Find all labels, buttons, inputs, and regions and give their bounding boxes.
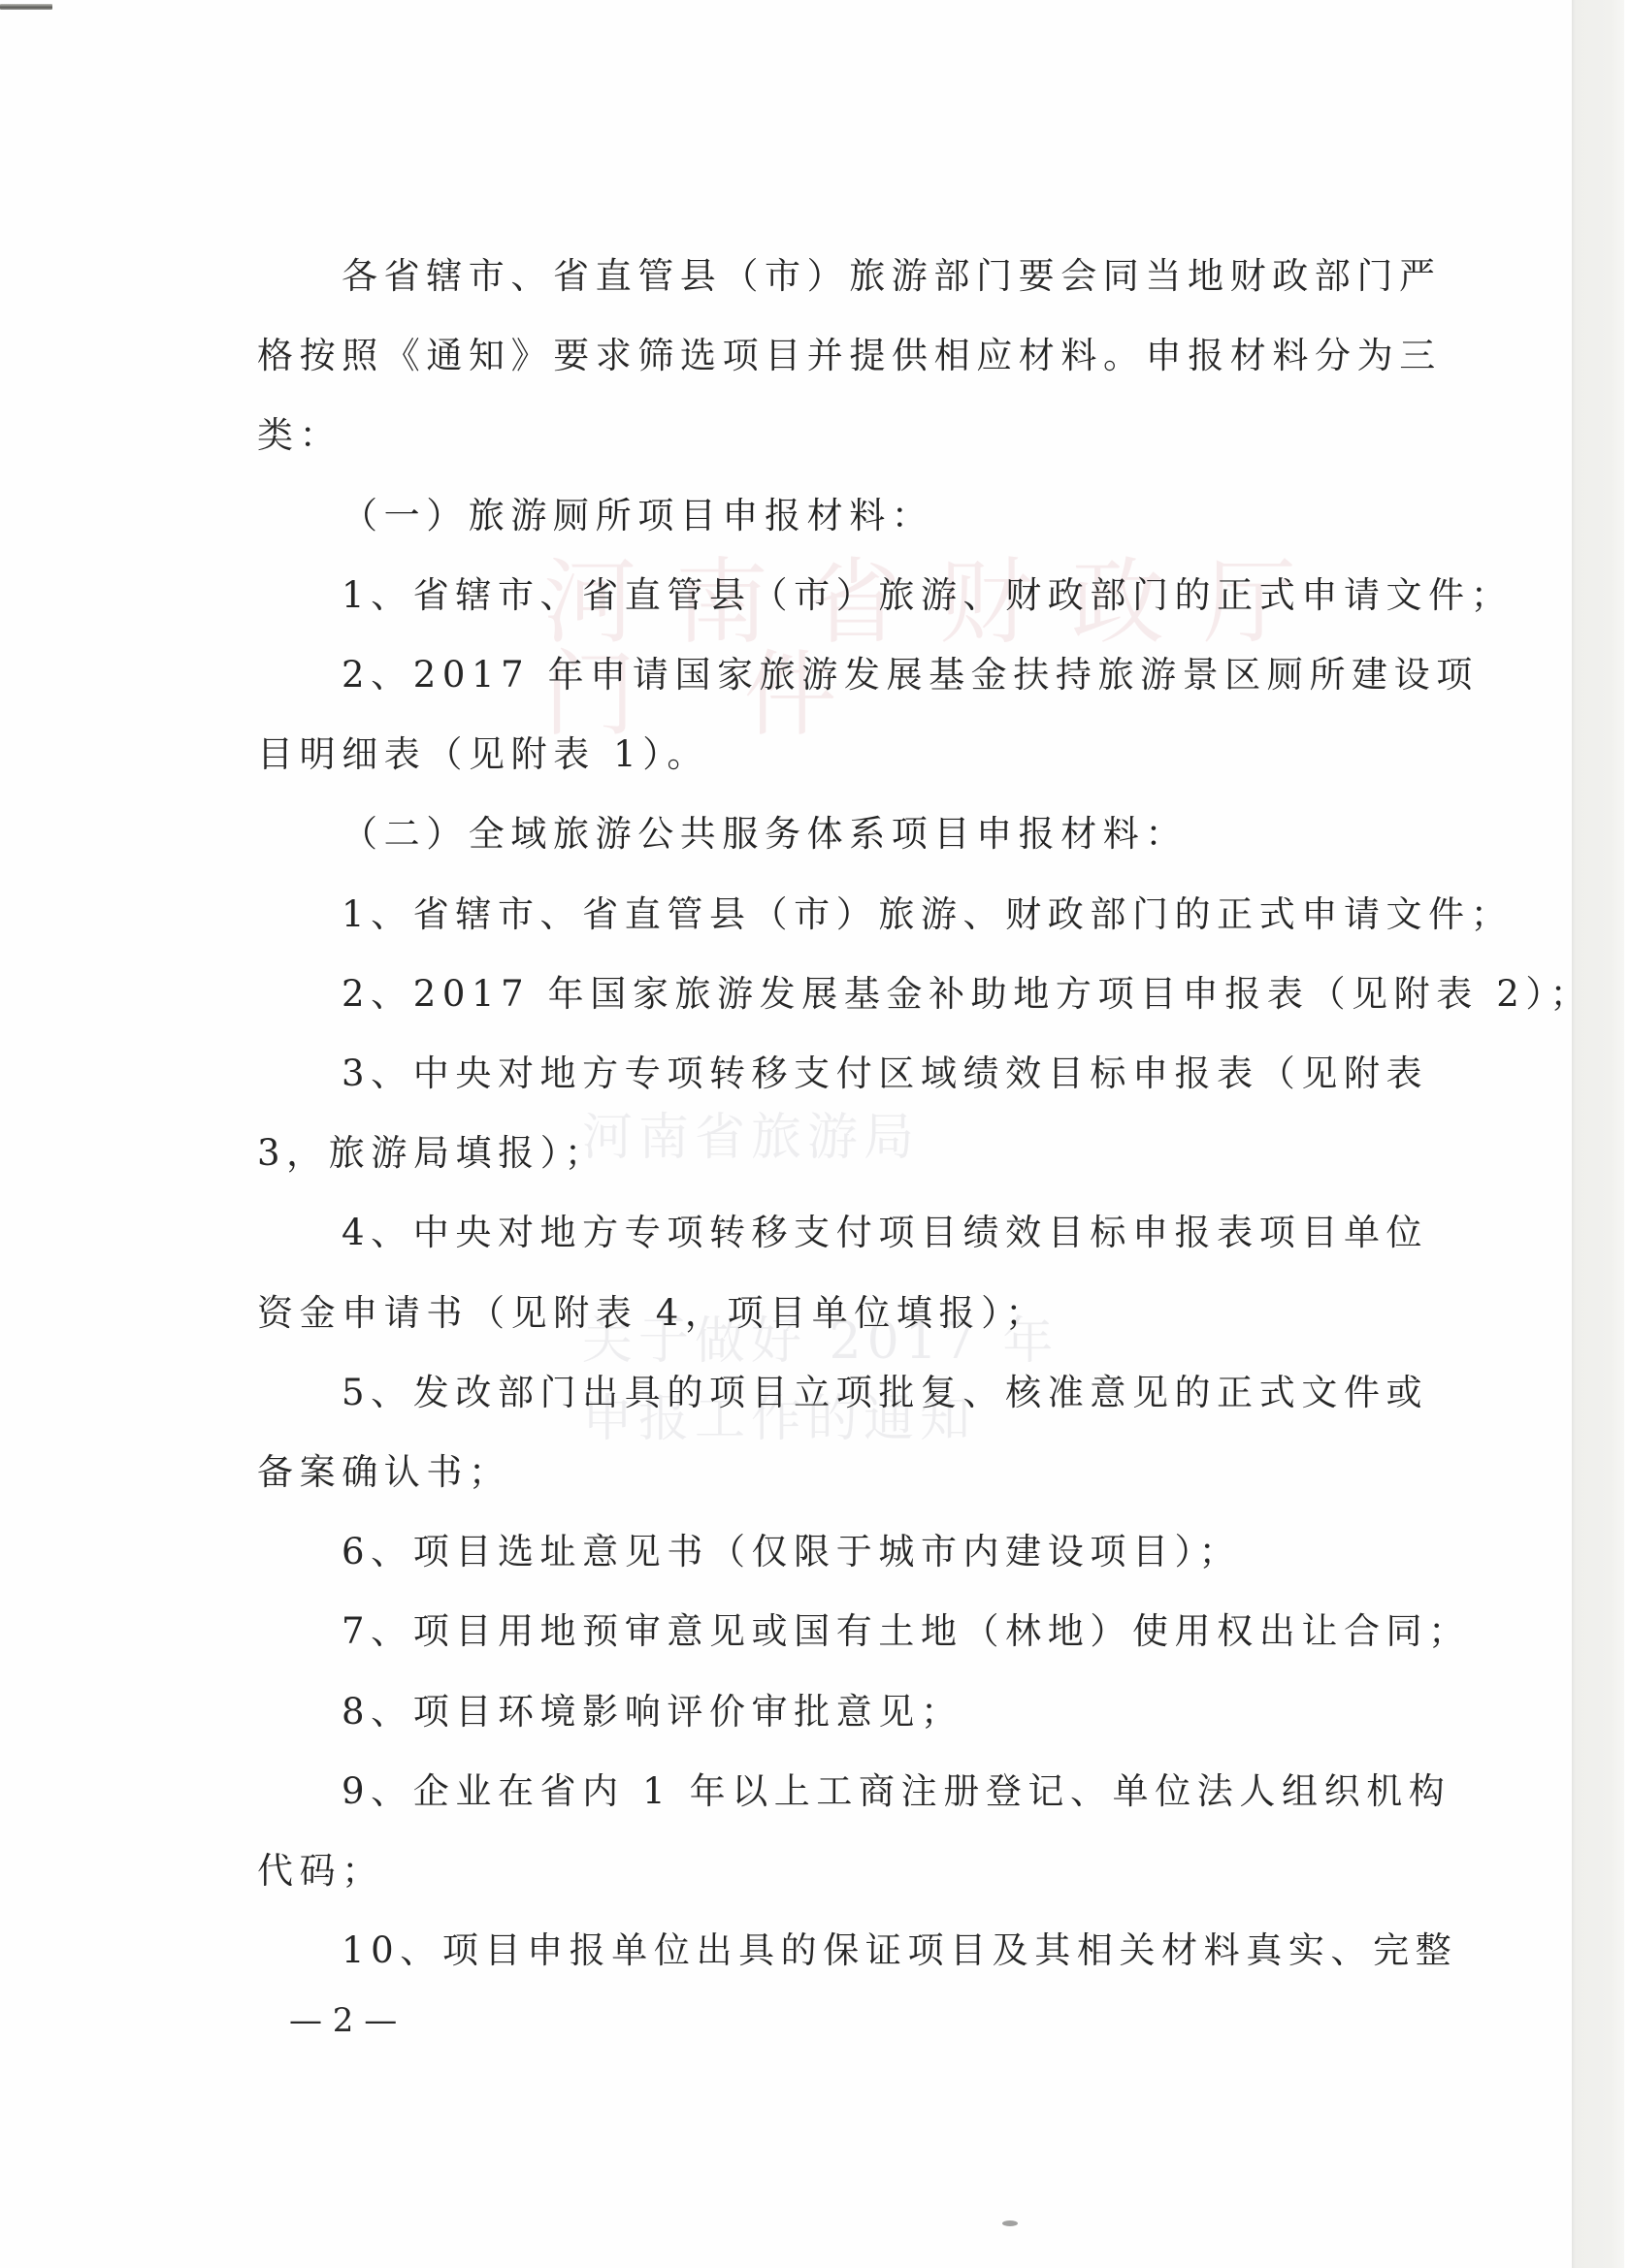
list-item-line: 8、项目环境影响评价审批意见； (257, 1683, 1535, 1741)
scan-corner-mark (0, 4, 52, 10)
list-item-line: 6、项目选址意见书（仅限于城市内建设项目）； (257, 1523, 1535, 1581)
list-item-line: 9、企业在省内 1 年以上工商注册登记、单位法人组织机构 (257, 1763, 1535, 1821)
section-heading: （一）旅游厕所项目申报材料： (257, 487, 1535, 545)
page-number: — 2 — (289, 1996, 444, 2045)
section-heading: （二）全域旅游公共服务体系项目申报材料： (257, 805, 1535, 863)
list-item-line: 2、2017 年申请国家旅游发展基金扶持旅游景区厕所建设项 (257, 646, 1535, 704)
list-item-line: 1、省辖市、省直管县（市）旅游、财政部门的正式申请文件； (257, 567, 1535, 625)
paragraph-line: 格按照《通知》要求筛选项目并提供相应材料。申报材料分为三 (257, 327, 1451, 385)
list-item-line: 5、发改部门出具的项目立项批复、核准意见的正式文件或 (257, 1364, 1535, 1422)
list-item-line: 目明细表（见附表 1）。 (257, 726, 1451, 784)
paragraph-line: 各省辖市、省直管县（市）旅游部门要会同当地财政部门严 (257, 247, 1535, 306)
list-item-line: 备案确认书； (257, 1443, 1451, 1502)
scan-margin (1624, 0, 1630, 2268)
page-edge-shadow (1572, 0, 1624, 2268)
list-item-line: 2、2017 年国家旅游发展基金补助地方项目申报表（见附表 2）； (257, 965, 1535, 1023)
list-item-line: 1、省辖市、省直管县（市）旅游、财政部门的正式申请文件； (257, 886, 1535, 944)
list-item-line: 3，旅游局填报）； (257, 1124, 1451, 1183)
list-item-line: 代码； (257, 1842, 1451, 1900)
scan-speck (1002, 2220, 1018, 2226)
paragraph-line: 类： (257, 406, 1451, 465)
list-item-line: 10、项目申报单位出具的保证项目及其相关材料真实、完整 (257, 1922, 1535, 1980)
list-item-line: 资金申请书（见附表 4，项目单位填报）； (257, 1284, 1451, 1343)
list-item-line: 7、项目用地预审意见或国有土地（林地）使用权出让合同； (257, 1603, 1535, 1661)
list-item-line: 3、中央对地方专项转移支付区域绩效目标申报表（见附表 (257, 1045, 1535, 1103)
list-item-line: 4、中央对地方专项转移支付项目绩效目标申报表项目单位 (257, 1204, 1535, 1262)
